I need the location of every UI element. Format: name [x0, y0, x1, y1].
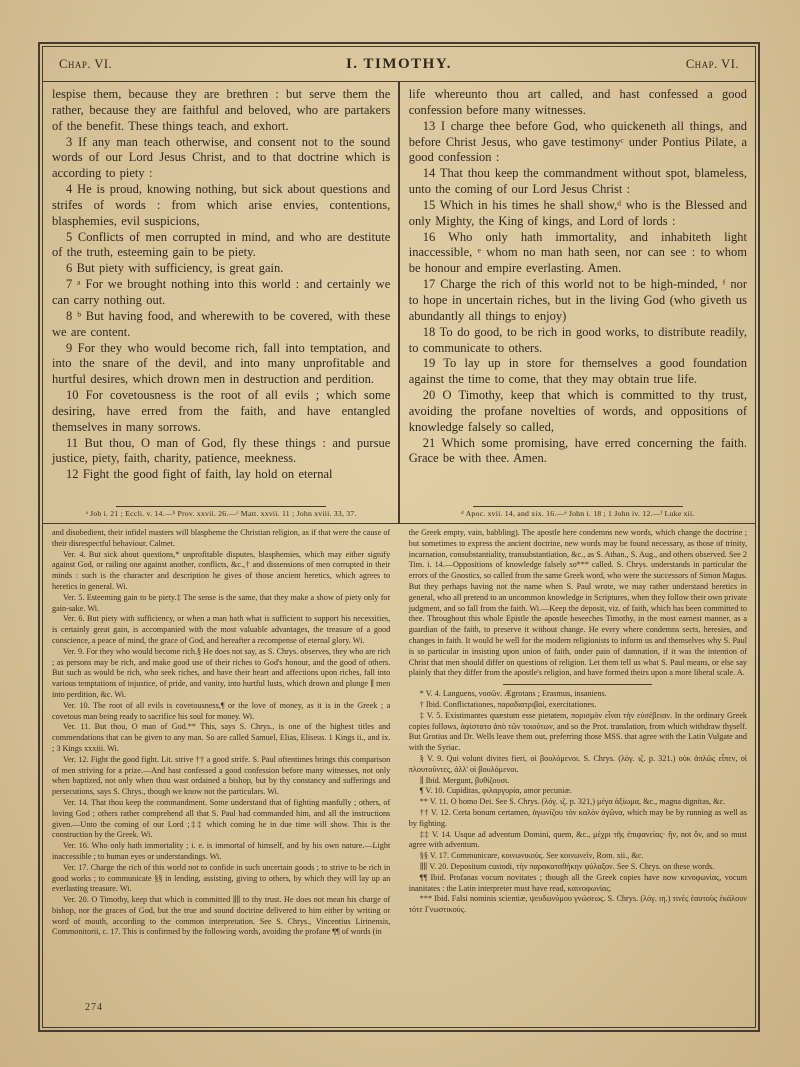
verse-paragraph: 16 Who only hath immortality, and inhabi… — [409, 230, 747, 278]
commentary-paragraph: the Greek empty, vain, babbling). The ap… — [409, 528, 747, 679]
page-inner-border: Chap. VI. I. TIMOTHY. Chap. VI. lespise … — [42, 46, 756, 1028]
verse-paragraph: 11 But thou, O man of God, fly these thi… — [52, 436, 390, 468]
textual-note: * V. 4. Languens, νοσῶν. Ægrotans ; Eras… — [409, 689, 747, 700]
commentary-section: and disobedient, their infidel masters w… — [43, 524, 755, 1027]
commentary-paragraph: and disobedient, their infidel masters w… — [52, 528, 390, 550]
chapter-label-right: Chap. VI. — [686, 57, 739, 72]
page-frame: Chap. VI. I. TIMOTHY. Chap. VI. lespise … — [38, 42, 760, 1032]
verse-paragraph: 17 Charge the rich of this world not to … — [409, 277, 747, 325]
commentary-paragraphs-left: and disobedient, their infidel masters w… — [52, 528, 390, 938]
textual-note: § V. 9. Qui volunt divites fieri, οἱ βου… — [409, 754, 747, 776]
scripture-verses-left: lespise them, because they are brethren … — [52, 87, 390, 506]
textual-note: ∥ Ibid. Mergunt, βυθίζουσι. — [409, 776, 747, 787]
verse-paragraph: lespise them, because they are brethren … — [52, 87, 390, 135]
scripture-column-right: life whereunto thou art called, and hast… — [400, 82, 755, 523]
verse-paragraph: 9 For they who would become rich, fall i… — [52, 341, 390, 389]
textual-note: *** Ibid. Falsi nominis scientiæ, ψευδων… — [409, 894, 747, 916]
verse-paragraph: 20 O Timothy, keep that which is committ… — [409, 388, 747, 436]
footnote-rule — [473, 506, 683, 507]
page-number: 274 — [85, 1002, 103, 1013]
verse-paragraph: 8 ᵇ But having food, and wherewith to be… — [52, 309, 390, 341]
scripture-section: lespise them, because they are brethren … — [43, 82, 755, 524]
verse-paragraph: 21 Which some promising, have erred conc… — [409, 436, 747, 468]
textual-note: ¶¶ Ibid. Profanas vocum novitates ; thou… — [409, 873, 747, 895]
scripture-footnote-left: ᵃ Job i. 21 ; Eccli. v. 14.—ᵇ Prov. xxvi… — [52, 506, 390, 521]
footnote-text: ᵈ Apoc. xvii. 14, and xix. 16.—ᵉ John i.… — [409, 509, 747, 519]
footnote-rule — [116, 506, 326, 507]
textual-note: ‡ V. 5. Existimantes quæstum esse pietat… — [409, 711, 747, 754]
commentary-paragraph: Ver. 12. Fight the good fight. Lit. stri… — [52, 755, 390, 798]
commentary-paragraph: Ver. 10. The root of all evils is coveto… — [52, 701, 390, 723]
commentary-paragraph: Ver. 11. But thou, O man of God.** This,… — [52, 722, 390, 754]
textual-note: ** V. 11. O homo Dei. See S. Chrys. (λόγ… — [409, 797, 747, 808]
verse-paragraph: 7 ᵃ For we brought nothing into this wor… — [52, 277, 390, 309]
verse-paragraph: 18 To do good, to be rich in good works,… — [409, 325, 747, 357]
commentary-column-left: and disobedient, their infidel masters w… — [43, 524, 398, 942]
commentary-paragraph: Ver. 5. Esteeming gain to be piety.‡ The… — [52, 593, 390, 615]
page-header: Chap. VI. I. TIMOTHY. Chap. VI. — [43, 47, 755, 82]
textual-note: ¶ V. 10. Cupiditas, φιλαργυρία, amor pec… — [409, 786, 747, 797]
verse-paragraph: 15 Which in his times he shall show,ᵈ wh… — [409, 198, 747, 230]
verse-paragraph: 12 Fight the good fight of faith, lay ho… — [52, 467, 390, 483]
textual-notes: * V. 4. Languens, νοσῶν. Ægrotans ; Eras… — [409, 689, 747, 916]
verse-paragraph: life whereunto thou art called, and hast… — [409, 87, 747, 119]
scripture-column-left: lespise them, because they are brethren … — [43, 82, 398, 523]
commentary-paragraph: Ver. 20. O Timothy, keep that which is c… — [52, 895, 390, 938]
commentary-paragraph: Ver. 4. But sick about questions,* unpro… — [52, 550, 390, 593]
commentary-paragraph: Ver. 9. For they who would become rich.§… — [52, 647, 390, 701]
notes-divider-rule — [503, 684, 652, 685]
verse-paragraph: 3 If any man teach otherwise, and consen… — [52, 135, 390, 183]
textual-note: †† V. 12. Certa bonum certamen, ἀγωνίζου… — [409, 808, 747, 830]
commentary-paragraph: Ver. 14. That thou keep the commandment.… — [52, 798, 390, 841]
commentary-paragraphs-right: the Greek empty, vain, babbling). The ap… — [409, 528, 747, 679]
commentary-paragraph: Ver. 17. Charge the rich of this world n… — [52, 863, 390, 895]
textual-note: ∥∥ V. 20. Depositum custodi, τὴν παρακατ… — [409, 862, 747, 873]
commentary-paragraph: Ver. 16. Who only hath immortality ; i. … — [52, 841, 390, 863]
verse-paragraph: 19 To lay up in store for themselves a g… — [409, 356, 747, 388]
verse-paragraph: 13 I charge thee before God, who quicken… — [409, 119, 747, 167]
commentary-column-right: the Greek empty, vain, babbling). The ap… — [400, 524, 755, 920]
textual-note: † Ibid. Conflictationes, παραδιατριβαὶ, … — [409, 700, 747, 711]
textual-note: ‡‡ V. 14. Usque ad adventum Domini, quem… — [409, 830, 747, 852]
verse-paragraph: 5 Conflicts of men corrupted in mind, an… — [52, 230, 390, 262]
verse-paragraph: 4 He is proud, knowing nothing, but sick… — [52, 182, 390, 230]
scripture-footnote-right: ᵈ Apoc. xvii. 14, and xix. 16.—ᵉ John i.… — [409, 506, 747, 521]
textual-note: §§ V. 17. Communicare, κοινωνικοὺς. See … — [409, 851, 747, 862]
verse-paragraph: 6 But piety with sufficiency, is great g… — [52, 261, 390, 277]
scripture-verses-right: life whereunto thou art called, and hast… — [409, 87, 747, 506]
chapter-label-left: Chap. VI. — [59, 57, 346, 72]
verse-paragraph: 10 For covetousness is the root of all e… — [52, 388, 390, 436]
verse-paragraph: 14 That thou keep the commandment withou… — [409, 166, 747, 198]
page-title: I. TIMOTHY. — [346, 56, 452, 73]
commentary-paragraph: Ver. 6. But piety with sufficiency, or w… — [52, 614, 390, 646]
footnote-text: ᵃ Job i. 21 ; Eccli. v. 14.—ᵇ Prov. xxvi… — [52, 509, 390, 519]
